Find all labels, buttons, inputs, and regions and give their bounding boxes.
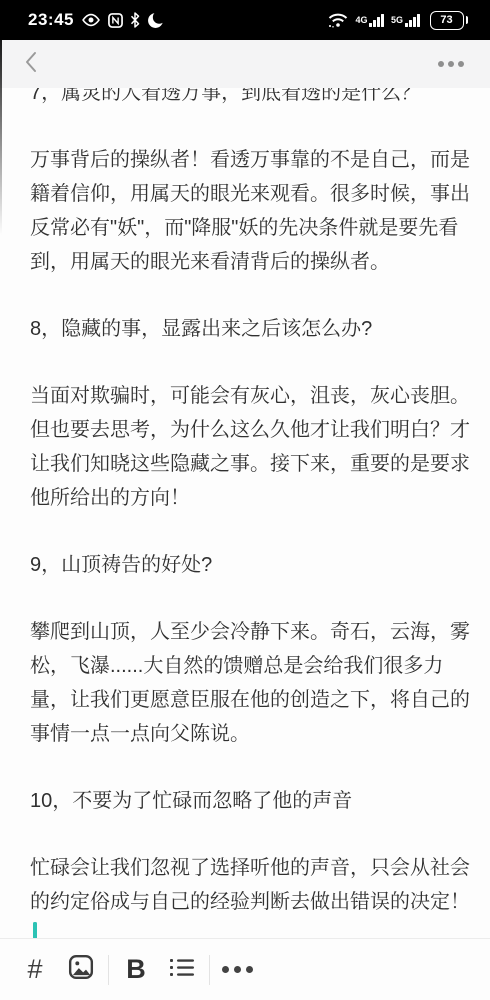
- bold-button[interactable]: B: [121, 950, 151, 990]
- hashtag-button[interactable]: #: [20, 950, 50, 990]
- screen-edge-shadow: [0, 40, 2, 235]
- moon-icon: [147, 12, 164, 29]
- signal-5g-icon: 5G: [391, 14, 420, 27]
- paragraph-heading-8[interactable]: 8，隐藏的事，显露出来之后该怎么办?: [30, 312, 474, 346]
- paragraph-body-9[interactable]: 攀爬到山顶，人至少会冷静下来。奇石，云海，雾松，飞瀑......大自然的馈赠总是…: [30, 615, 474, 751]
- paragraph-heading-9[interactable]: 9，山顶祷告的好处?: [30, 548, 474, 582]
- more-tools-button[interactable]: [222, 950, 253, 990]
- wifi-icon: [328, 13, 348, 28]
- bullet-list-icon: [169, 956, 195, 983]
- bullet-list-button[interactable]: [167, 950, 197, 990]
- back-button[interactable]: [20, 47, 41, 82]
- battery-icon: 73: [430, 11, 469, 30]
- battery-level: 73: [430, 11, 464, 30]
- paragraph-text: 忙碌会让我们忽视了选择听他的声音，只会从社会的约定俗成与自己的经验判断去做出错误…: [30, 857, 470, 913]
- text-cursor: [33, 922, 37, 938]
- paragraph-heading-7[interactable]: 7，属灵的人看透万事，到底看透的是什么？: [30, 88, 474, 110]
- eye-icon: [81, 13, 101, 27]
- more-options-button[interactable]: [436, 55, 466, 73]
- paragraph-body-10[interactable]: 忙碌会让我们忽视了选择听他的声音，只会从社会的约定俗成与自己的经验判断去做出错误…: [30, 851, 474, 938]
- nav-bar: [0, 40, 490, 88]
- format-toolbar: # B: [0, 938, 490, 1000]
- status-bar: 23:45 4G 5G: [0, 0, 490, 40]
- paragraph-heading-10[interactable]: 10，不要为了忙碌而忽略了他的声音: [30, 784, 474, 818]
- paragraph-body-8[interactable]: 当面对欺骗时，可能会有灰心，沮丧，灰心丧胆。但也要去思考，为什么这么久他才让我们…: [30, 379, 474, 515]
- nfc-icon: [108, 13, 123, 28]
- insert-image-button[interactable]: [66, 950, 96, 990]
- back-chevron-icon: [24, 51, 37, 78]
- paragraph-body-7[interactable]: 万事背后的操纵者！看透万事靠的不是自己，而是籍着信仰，用属天的眼光来观看。很多时…: [30, 143, 474, 279]
- note-editor[interactable]: 7，属灵的人看透万事，到底看透的是什么？ 万事背后的操纵者！看透万事靠的不是自己…: [0, 88, 490, 938]
- bluetooth-icon: [130, 12, 140, 28]
- toolbar-divider: [209, 955, 210, 985]
- more-dots-icon: [222, 966, 253, 973]
- phone-screen: 23:45 4G 5G: [0, 0, 490, 1000]
- toolbar-divider: [108, 955, 109, 985]
- image-icon: [68, 954, 94, 985]
- clock: 23:45: [28, 10, 74, 30]
- signal-4g-icon: 4G: [355, 14, 384, 27]
